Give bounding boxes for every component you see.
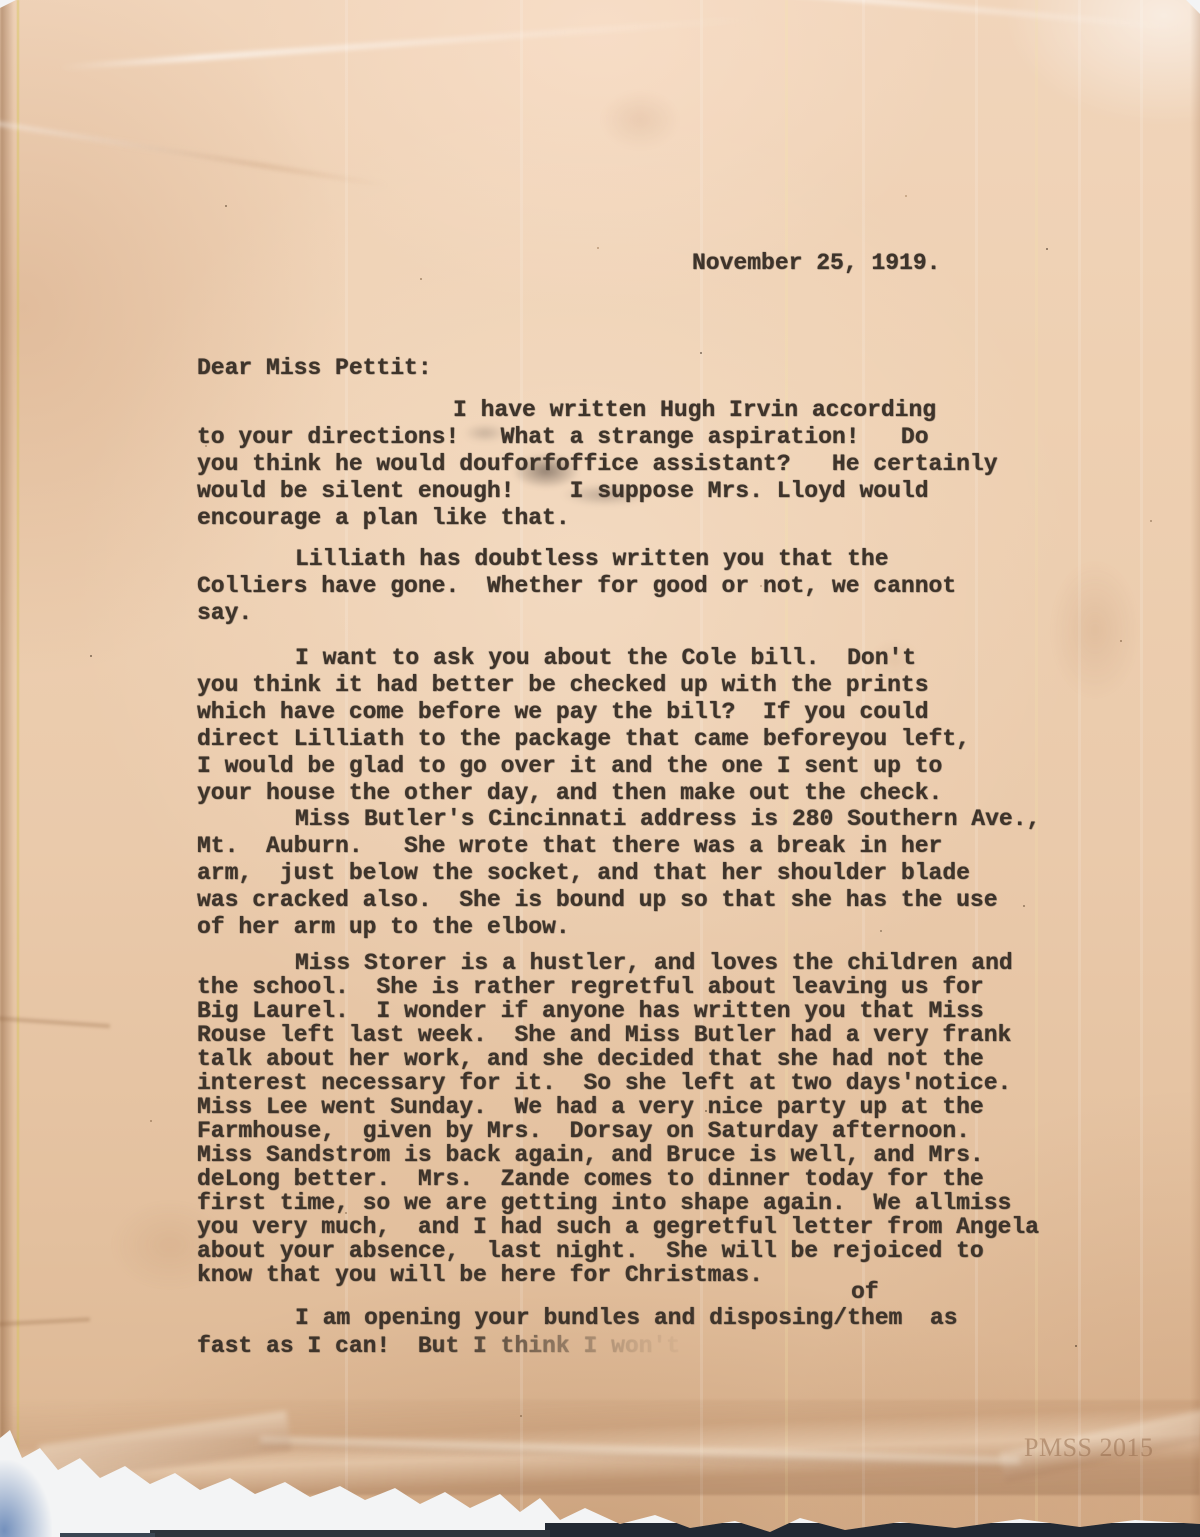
scan-streak [1035,0,1038,1537]
letter-line: direct Lilliath to the package that came… [197,726,970,753]
paragraph-2: Lilliath has doubtless written you that … [197,546,956,627]
letter-line: I would be glad to go over it and the on… [197,753,970,780]
scan-streak [1140,0,1143,1537]
letter-line: you think it had better be checked up wi… [197,672,970,699]
paragraph-6: I am opening your bundles and disposing/… [197,1304,958,1360]
paper-left-shadow [0,0,14,1467]
letter-line: which have come before we pay the bill? … [197,699,970,726]
paper-stain [600,90,680,150]
paper-crease [0,1016,110,1028]
paper-crease [621,0,1179,30]
letter-line: encourage a plan like that. [197,505,998,532]
letter-line: interest necessary for it. So she left a… [197,1071,1039,1095]
scan-streak [975,0,978,1537]
letter-line: Lilliath has doubtless written you that … [197,546,956,573]
letter-line-faded: fast as I can! But I think I won't [197,1332,958,1360]
letter-line: Mt. Auburn. She wrote that there was a b… [197,833,1040,860]
paper-stain [1050,560,1140,700]
letter-line: know that you will be here for Christmas… [197,1263,1039,1287]
paragraph-4: Miss Butler's Cincinnati address is 280 … [197,806,1040,941]
paper-crease [0,117,388,188]
letter-line: say. [197,600,956,627]
letter-salutation: Dear Miss Pettit: [197,355,432,382]
letter-paper: November 25, 1919. Dear Miss Pettit: I h… [0,0,1200,1537]
letter-line: Farmhouse, given by Mrs. Dorsay on Satur… [197,1119,1039,1143]
letter-line: Miss Butler's Cincinnati address is 280 … [197,806,1040,833]
letter-line: talk about her work, and she decided tha… [197,1047,1039,1071]
letter-line: you very much, and I had such a gegretfu… [197,1215,1039,1239]
letter-line: I am opening your bundles and disposing/… [197,1304,958,1332]
letter-date: November 25, 1919. [692,250,940,277]
scanned-letter-page: November 25, 1919. Dear Miss Pettit: I h… [0,0,1200,1537]
scan-streak [1078,0,1081,1537]
scan-edge-strip [150,1530,550,1537]
scan-edge-strip [60,1533,155,1537]
letter-line: Rouse left last week. She and Miss Butle… [197,1023,1039,1047]
letter-line: you think he would douforfoffice assista… [197,451,998,478]
letter-line: Big Laurel. I wonder if anyone has writt… [197,999,1039,1023]
scan-backdrop-shadow [0,1460,52,1537]
paper-crumple-ridge [38,1411,291,1485]
letter-line: Miss Storer is a hustler, and loves the … [197,951,1039,975]
letter-line: your house the other day, and then make … [197,780,970,807]
paragraph-5: Miss Storer is a hustler, and loves the … [197,951,1039,1287]
letter-line: deLong better. Mrs. Zande comes to dinne… [197,1167,1039,1191]
letter-line: about your absence, last night. She will… [197,1239,1039,1263]
paper-crease [0,1317,90,1326]
interline-insertion: of [851,1279,879,1306]
paper-crumple-band [0,1400,1200,1495]
letter-line: I want to ask you about the Cole bill. D… [197,645,970,672]
letter-line: of her arm up to the elbow. [197,914,1040,941]
letter-line: Miss Lee went Sunday. We had a very nice… [197,1095,1039,1119]
letter-line: to your directions! What a strange aspir… [197,424,998,451]
paper-fold-line [17,0,19,1500]
paragraph-3: I want to ask you about the Cole bill. D… [197,645,970,807]
paper-right-shadow [1190,0,1200,1537]
paper-crumple-ridge [260,1436,1020,1469]
letter-line: arm, just below the socket, and that her… [197,860,1040,887]
paper-crease [61,16,760,71]
letter-line: the school. She is rather regretful abou… [197,975,1039,999]
paragraph-1: I have written Hugh Irvin according to y… [197,397,998,532]
letter-line: I have written Hugh Irvin according [197,397,998,424]
letter-line: would be silent enough! I suppose Mrs. L… [197,478,998,505]
letter-line: Miss Sandstrom is back again, and Bruce … [197,1143,1039,1167]
letter-line: was cracked also. She is bound up so tha… [197,887,1040,914]
letter-line: Colliers have gone. Whether for good or … [197,573,956,600]
archive-watermark: PMSS 2015 [1024,1436,1154,1460]
letter-line: first time, so we are getting into shape… [197,1191,1039,1215]
